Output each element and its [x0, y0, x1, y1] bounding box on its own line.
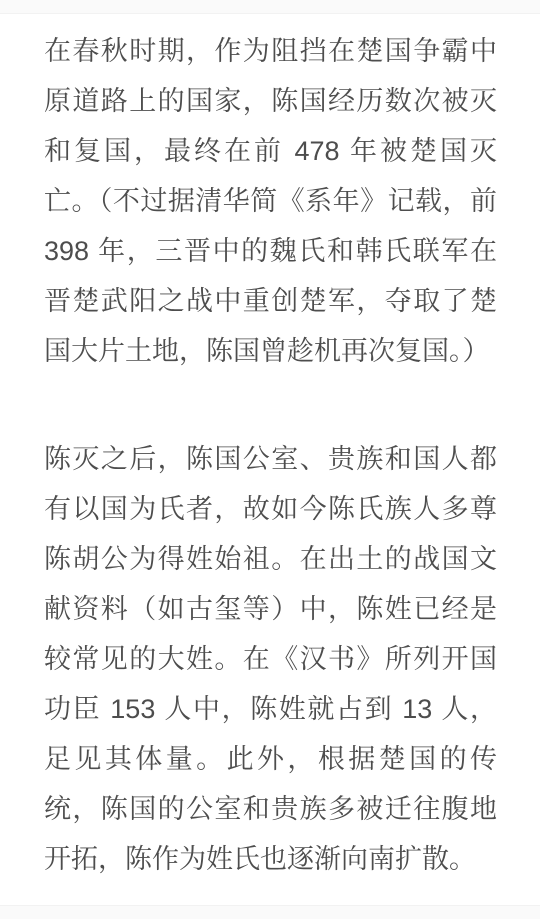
content-card: 在春秋时期，作为阻挡在楚国争霸中原道路上的国家，陈国经历数次被灭和复国，最终在前…: [0, 14, 540, 905]
article-paragraph: 在春秋时期，作为阻挡在楚国争霸中原道路上的国家，陈国经历数次被灭和复国，最终在前…: [44, 26, 497, 376]
reader-page: 在春秋时期，作为阻挡在楚国争霸中原道路上的国家，陈国经历数次被灭和复国，最终在前…: [0, 0, 540, 919]
article-paragraph: 陈灭之后，陈国公室、贵族和国人都有以国为氏者，故如今陈氏族人多尊陈胡公为得姓始祖…: [44, 434, 497, 884]
page-bottom-margin: [0, 905, 540, 919]
article-body: 在春秋时期，作为阻挡在楚国争霸中原道路上的国家，陈国经历数次被灭和复国，最终在前…: [0, 14, 540, 884]
page-top-margin: [0, 0, 540, 14]
